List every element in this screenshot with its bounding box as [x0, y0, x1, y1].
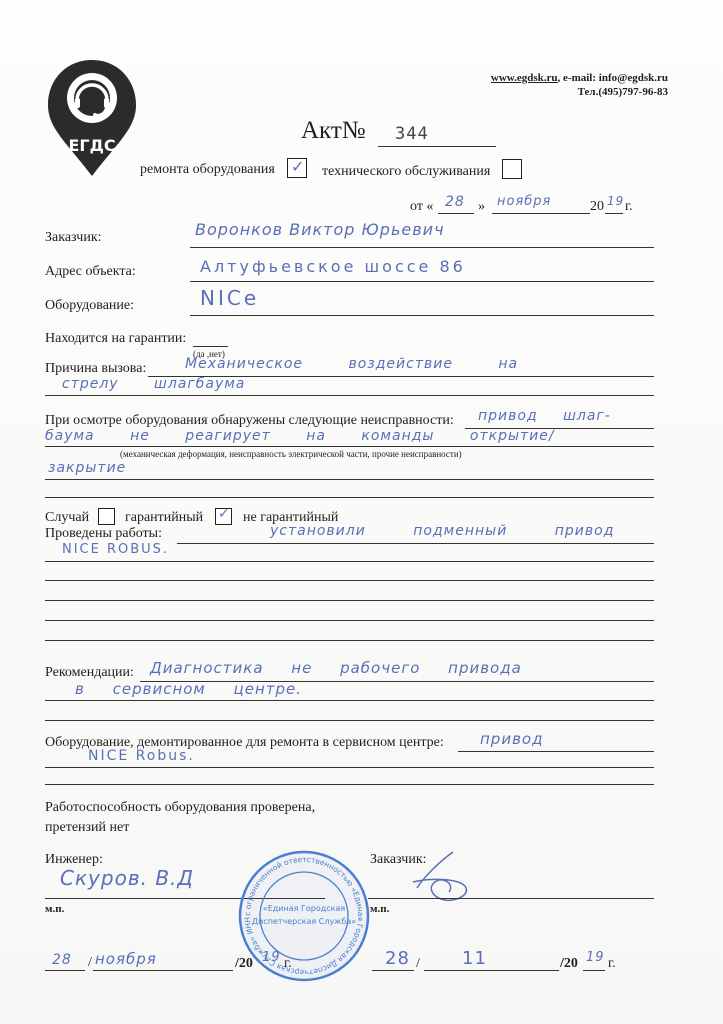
date-mid: »: [478, 199, 485, 215]
date-g: г.: [625, 199, 633, 215]
equipment-value[interactable]: NICe: [200, 286, 259, 310]
email-text: , e-mail: info@egdsk.ru: [558, 72, 668, 84]
date-prefix: от «: [410, 199, 433, 215]
check-line-2: претензий нет: [45, 820, 129, 836]
faults-line-1[interactable]: привод шлаг-: [478, 408, 611, 424]
repair-checkbox[interactable]: ✓: [287, 158, 307, 178]
customer-signature[interactable]: [405, 848, 475, 913]
case-label: Случай: [45, 510, 89, 526]
dismantled-line-2[interactable]: NICE Robus.: [88, 748, 195, 764]
customer-date-g: г.: [608, 956, 616, 972]
date-year-prefix: 20: [590, 199, 604, 215]
check-icon: ✓: [218, 506, 230, 522]
works-line-1[interactable]: установили подменный привод: [270, 523, 614, 539]
service-act-document: ЕГДС www.egdsk.ru, e-mail: info@egdsk.ru…: [0, 0, 723, 1024]
engineer-signature[interactable]: Скуров. В.Д: [60, 866, 194, 890]
faults-hint: (механическая деформация, неисправность …: [120, 449, 462, 459]
customer-date-year: 19: [586, 950, 605, 965]
warranty-case-label: гарантийный: [125, 510, 203, 526]
contact-info: www.egdsk.ru, e-mail: info@egdsk.ru Тел.…: [491, 71, 668, 99]
reason-label: Причина вызова:: [45, 361, 146, 377]
works-label: Проведены работы:: [45, 526, 162, 542]
faults-line-3[interactable]: закрытие: [48, 460, 126, 476]
slash-2: /: [416, 956, 420, 972]
company-stamp: с ограниченной ответственностью «Единая …: [236, 848, 372, 984]
repair-label: ремонта оборудования: [140, 162, 275, 178]
dismantled-line-1[interactable]: привод: [480, 730, 543, 748]
engineer-mp: м.п.: [45, 903, 64, 915]
recommend-line-2[interactable]: в сервисном центре.: [75, 680, 302, 698]
act-number: 344: [395, 124, 429, 144]
engineer-date-day: 28: [52, 952, 72, 968]
reason-line-1[interactable]: Механическое воздействие на: [185, 356, 518, 372]
customer-date-year-prefix: /20: [560, 956, 578, 972]
egds-logo: ЕГДС: [46, 58, 138, 178]
slash: /: [88, 955, 92, 971]
check-line-1: Работоспособность оборудования проверена…: [45, 800, 315, 816]
faults-label: При осмотре оборудования обнаружены след…: [45, 413, 454, 429]
recommend-label: Рекомендации:: [45, 665, 134, 681]
website-link[interactable]: www.egdsk.ru: [491, 72, 558, 84]
act-title-label: Акт№: [301, 117, 366, 144]
customer-mp: м.п.: [370, 903, 389, 915]
date-day: 28: [445, 194, 465, 210]
customer-date-day: 28: [385, 948, 410, 969]
service-label: технического обслуживания: [322, 164, 490, 180]
date-month: ноября: [497, 194, 551, 209]
check-icon: ✓: [291, 157, 304, 176]
phone-text: Тел.(495)797-96-83: [491, 85, 668, 99]
faults-line-2[interactable]: баума не реагирует на команды открытие/: [45, 428, 555, 444]
warranty-label: Находится на гарантии:: [45, 331, 186, 347]
service-checkbox[interactable]: [502, 159, 522, 179]
address-value[interactable]: Алтуфьевское шоссе 86: [200, 257, 466, 276]
stamp-center-line-1: «Единая Городская: [236, 902, 372, 915]
warranty-case-checkbox[interactable]: [98, 508, 115, 525]
nonwarranty-case-checkbox[interactable]: ✓: [215, 508, 232, 525]
reason-line-2[interactable]: стрелу шлагбаума: [62, 376, 245, 392]
act-title: Акт№: [301, 117, 366, 145]
date-year: 19: [607, 194, 624, 208]
engineer-date-month: ноября: [95, 950, 157, 968]
works-line-2[interactable]: NICE ROBUS.: [62, 542, 169, 557]
logo-text: ЕГДС: [46, 136, 138, 155]
address-label: Адрес объекта:: [45, 264, 136, 280]
customer-value[interactable]: Воронков Виктор Юрьевич: [195, 220, 445, 239]
customer-label: Заказчик:: [45, 230, 102, 246]
stamp-center-line-2: Диспетчерская Служба»: [236, 915, 372, 928]
customer-date-month: 11: [462, 948, 487, 969]
equipment-label: Оборудование:: [45, 298, 134, 314]
recommend-line-1[interactable]: Диагностика не рабочего привода: [150, 659, 522, 677]
